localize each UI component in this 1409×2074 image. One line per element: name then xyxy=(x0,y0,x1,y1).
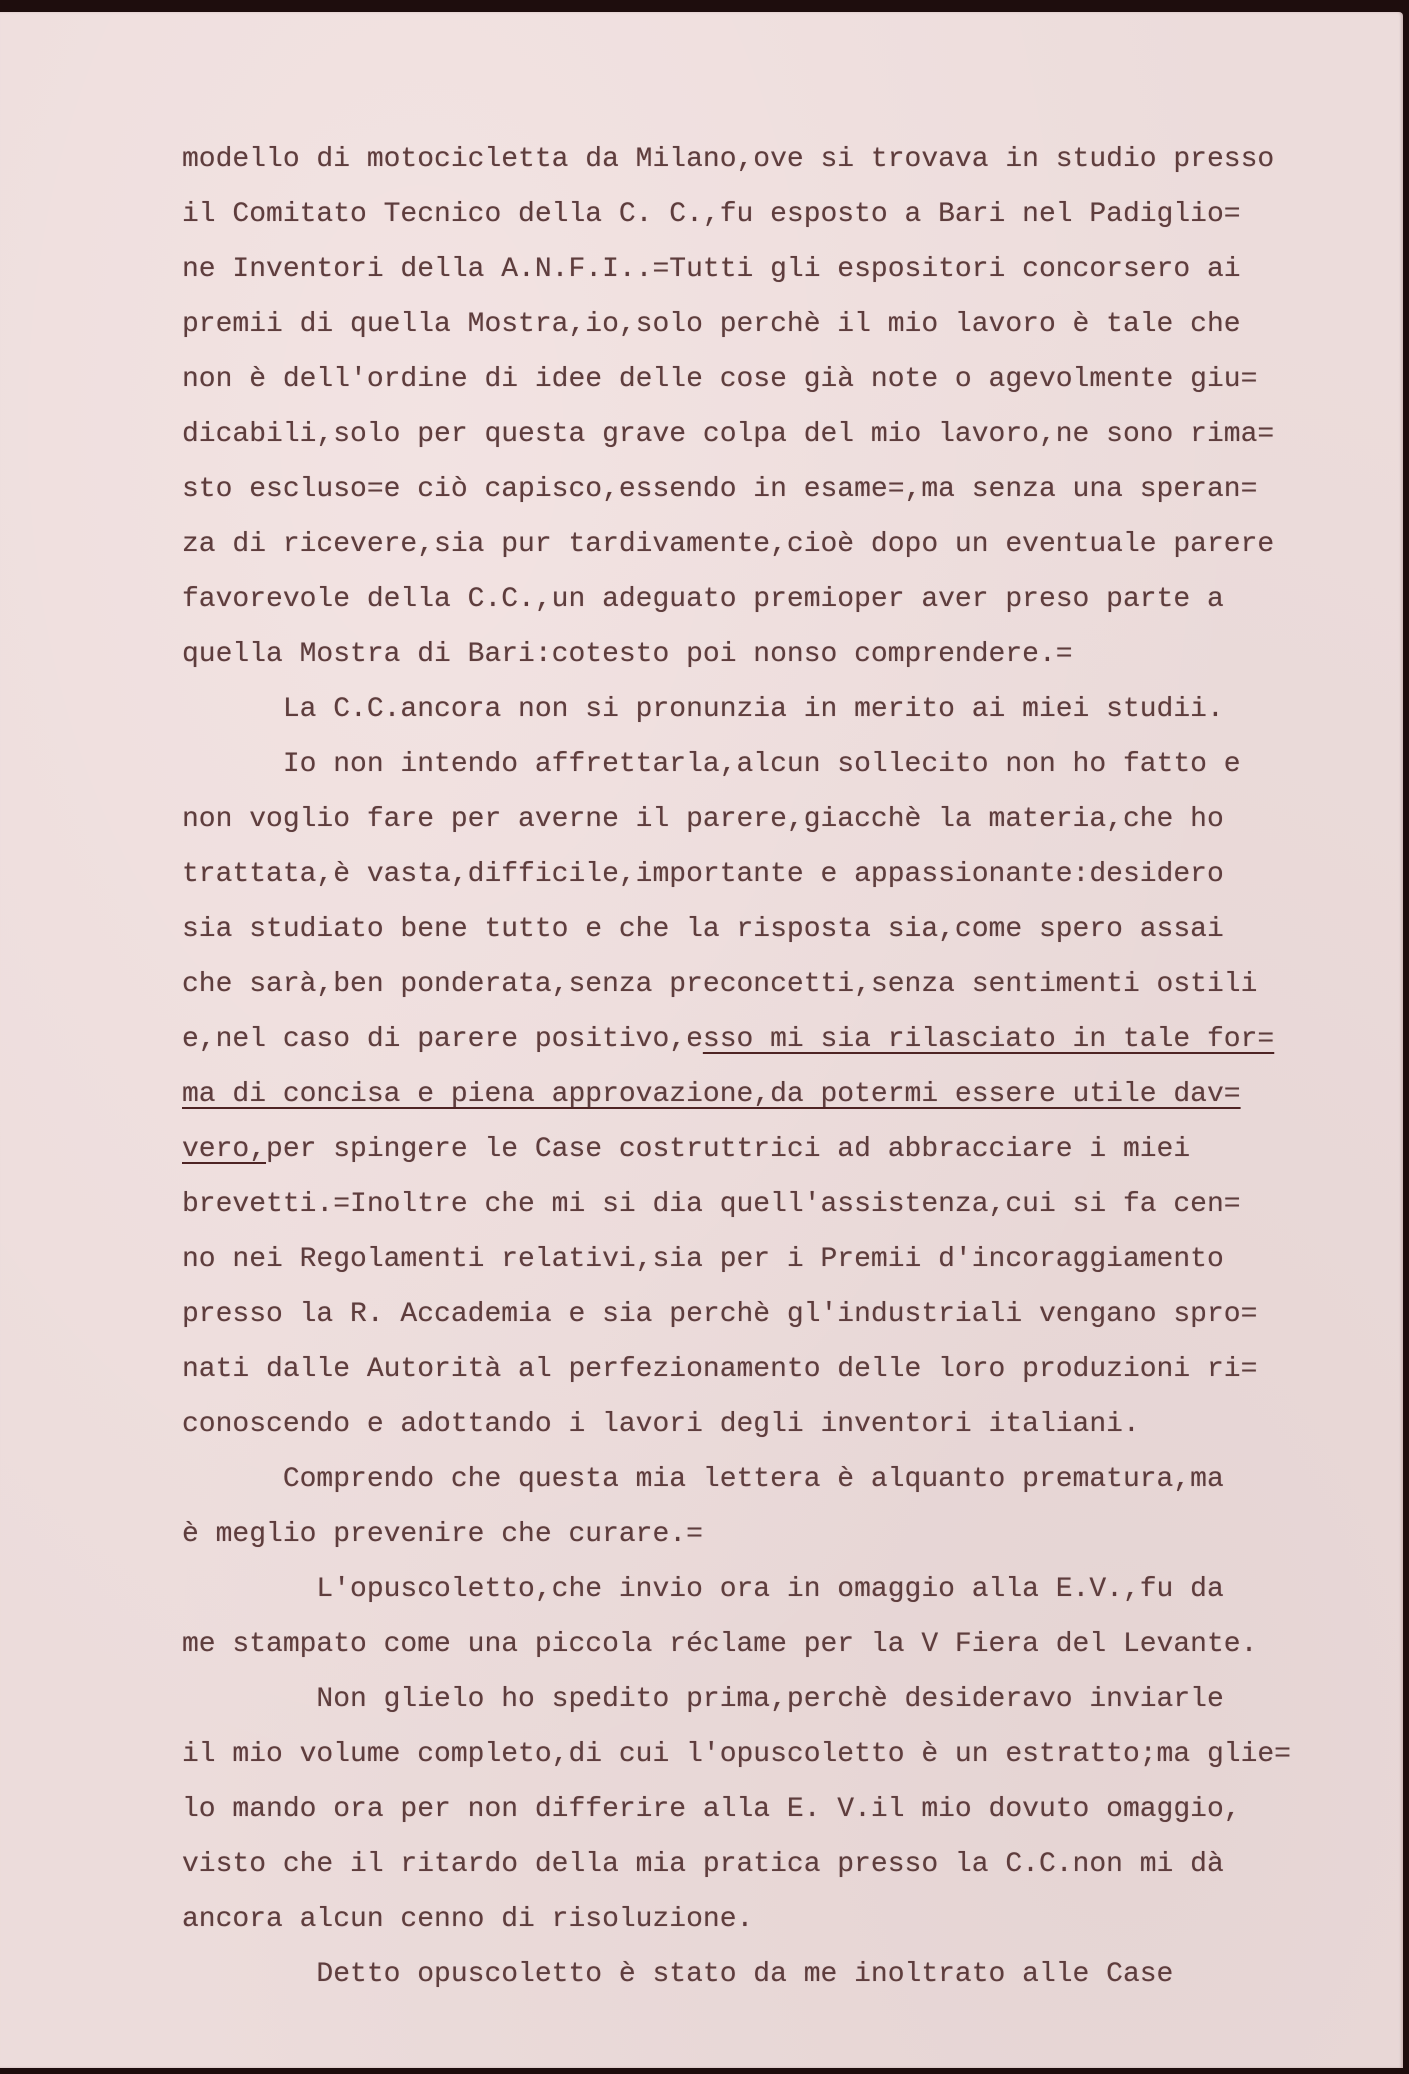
text-line: me stampato come una piccola réclame per… xyxy=(182,1617,1382,1672)
text-line: modello di motocicletta da Milano,ove si… xyxy=(182,132,1382,187)
text-line: il mio volume completo,di cui l'opuscole… xyxy=(182,1727,1382,1782)
text-segment: è meglio prevenire che curare.= xyxy=(182,1519,703,1550)
text-line: e,nel caso di parere positivo,esso mi si… xyxy=(182,1012,1382,1067)
text-line: presso la R. Accademia e sia perchè gl'i… xyxy=(182,1287,1382,1342)
text-line: sia studiato bene tutto e che la rispost… xyxy=(182,902,1382,957)
text-segment: no nei Regolamenti relativi,sia per i Pr… xyxy=(182,1244,1224,1275)
text-line: ma di concisa e piena approvazione,da po… xyxy=(182,1067,1382,1122)
text-line: Io non intendo affrettarla,alcun solleci… xyxy=(182,737,1382,792)
text-line: favorevole della C.C.,un adeguato premio… xyxy=(182,572,1382,627)
text-segment: za di ricevere,sia pur tardivamente,cioè… xyxy=(182,529,1274,560)
text-segment: conoscendo e adottando i lavori degli in… xyxy=(182,1409,1140,1440)
text-line: brevetti.=Inoltre che mi si dia quell'as… xyxy=(182,1177,1382,1232)
text-line: Detto opuscoletto è stato da me inoltrat… xyxy=(182,1947,1382,2002)
text-segment: modello di motocicletta da Milano,ove si… xyxy=(182,144,1274,175)
text-line: il Comitato Tecnico della C. C.,fu espos… xyxy=(182,187,1382,242)
text-line: Non glielo ho spedito prima,perchè desid… xyxy=(182,1672,1382,1727)
text-segment: non è dell'ordine di idee delle cose già… xyxy=(182,364,1257,395)
text-segment: trattata,è vasta,difficile,importante e … xyxy=(182,859,1224,890)
text-line: Comprendo che questa mia lettera è alqua… xyxy=(182,1452,1382,1507)
text-segment: me stampato come una piccola réclame per… xyxy=(182,1629,1257,1660)
text-segment: Io non intendo affrettarla,alcun solleci… xyxy=(182,749,1241,780)
underlined-text: ma di concisa e piena approvazione,da po… xyxy=(182,1079,1241,1110)
text-segment: sto escluso=e ciò capisco,essendo in esa… xyxy=(182,474,1257,505)
text-segment: Non glielo ho spedito prima,perchè desid… xyxy=(182,1684,1224,1715)
text-line: sto escluso=e ciò capisco,essendo in esa… xyxy=(182,462,1382,517)
text-segment: favorevole della C.C.,un adeguato premio… xyxy=(182,584,1224,615)
text-segment: il Comitato Tecnico della C. C.,fu espos… xyxy=(182,199,1241,230)
text-segment: Comprendo che questa mia lettera è alqua… xyxy=(182,1464,1224,1495)
text-line: è meglio prevenire che curare.= xyxy=(182,1507,1382,1562)
text-line: L'opuscoletto,che invio ora in omaggio a… xyxy=(182,1562,1382,1617)
underlined-text: sso mi sia rilasciato in tale for= xyxy=(703,1024,1274,1055)
text-line: trattata,è vasta,difficile,importante e … xyxy=(182,847,1382,902)
text-segment: Detto opuscoletto è stato da me inoltrat… xyxy=(182,1959,1173,1990)
text-segment: presso la R. Accademia e sia perchè gl'i… xyxy=(182,1299,1257,1330)
text-line: za di ricevere,sia pur tardivamente,cioè… xyxy=(182,517,1382,572)
text-segment: sia studiato bene tutto e che la rispost… xyxy=(182,914,1224,945)
text-line: conoscendo e adottando i lavori degli in… xyxy=(182,1397,1382,1452)
text-segment: L'opuscoletto,che invio ora in omaggio a… xyxy=(182,1574,1224,1605)
text-line: vero,per spingere le Case costruttrici a… xyxy=(182,1122,1382,1177)
text-line: non voglio fare per averne il parere,gia… xyxy=(182,792,1382,847)
text-line: no nei Regolamenti relativi,sia per i Pr… xyxy=(182,1232,1382,1287)
text-line: nati dalle Autorità al perfezionamento d… xyxy=(182,1342,1382,1397)
text-segment: premii di quella Mostra,io,solo perchè i… xyxy=(182,309,1241,340)
text-line: ne Inventori della A.N.F.I..=Tutti gli e… xyxy=(182,242,1382,297)
text-line: visto che il ritardo della mia pratica p… xyxy=(182,1837,1382,1892)
text-segment: dicabili,solo per questa grave colpa del… xyxy=(182,419,1274,450)
text-line: lo mando ora per non differire alla E. V… xyxy=(182,1782,1382,1837)
text-segment: il mio volume completo,di cui l'opuscole… xyxy=(182,1739,1291,1770)
text-segment: lo mando ora per non differire alla E. V… xyxy=(182,1794,1241,1825)
text-segment: La C.C.ancora non si pronunzia in merito… xyxy=(182,694,1224,725)
text-segment: brevetti.=Inoltre che mi si dia quell'as… xyxy=(182,1189,1241,1220)
text-segment: visto che il ritardo della mia pratica p… xyxy=(182,1849,1224,1880)
underlined-text: vero, xyxy=(182,1134,266,1165)
typewritten-page: modello di motocicletta da Milano,ove si… xyxy=(0,12,1403,2068)
text-segment: nati dalle Autorità al perfezionamento d… xyxy=(182,1354,1257,1385)
text-segment: per spingere le Case costruttrici ad abb… xyxy=(266,1134,1190,1165)
text-line: quella Mostra di Bari:cotesto poi nonso … xyxy=(182,627,1382,682)
text-line: La C.C.ancora non si pronunzia in merito… xyxy=(182,682,1382,737)
text-segment: non voglio fare per averne il parere,gia… xyxy=(182,804,1224,835)
text-line: premii di quella Mostra,io,solo perchè i… xyxy=(182,297,1382,352)
letter-body: modello di motocicletta da Milano,ove si… xyxy=(182,132,1382,2002)
text-line: non è dell'ordine di idee delle cose già… xyxy=(182,352,1382,407)
text-line: che sarà,ben ponderata,senza preconcetti… xyxy=(182,957,1382,1012)
text-segment: e,nel caso di parere positivo,e xyxy=(182,1024,703,1055)
text-line: ancora alcun cenno di risoluzione. xyxy=(182,1892,1382,1947)
text-segment: quella Mostra di Bari:cotesto poi nonso … xyxy=(182,639,1073,670)
text-line: dicabili,solo per questa grave colpa del… xyxy=(182,407,1382,462)
text-segment: ancora alcun cenno di risoluzione. xyxy=(182,1904,753,1935)
text-segment: ne Inventori della A.N.F.I..=Tutti gli e… xyxy=(182,254,1241,285)
text-segment: che sarà,ben ponderata,senza preconcetti… xyxy=(182,969,1257,1000)
